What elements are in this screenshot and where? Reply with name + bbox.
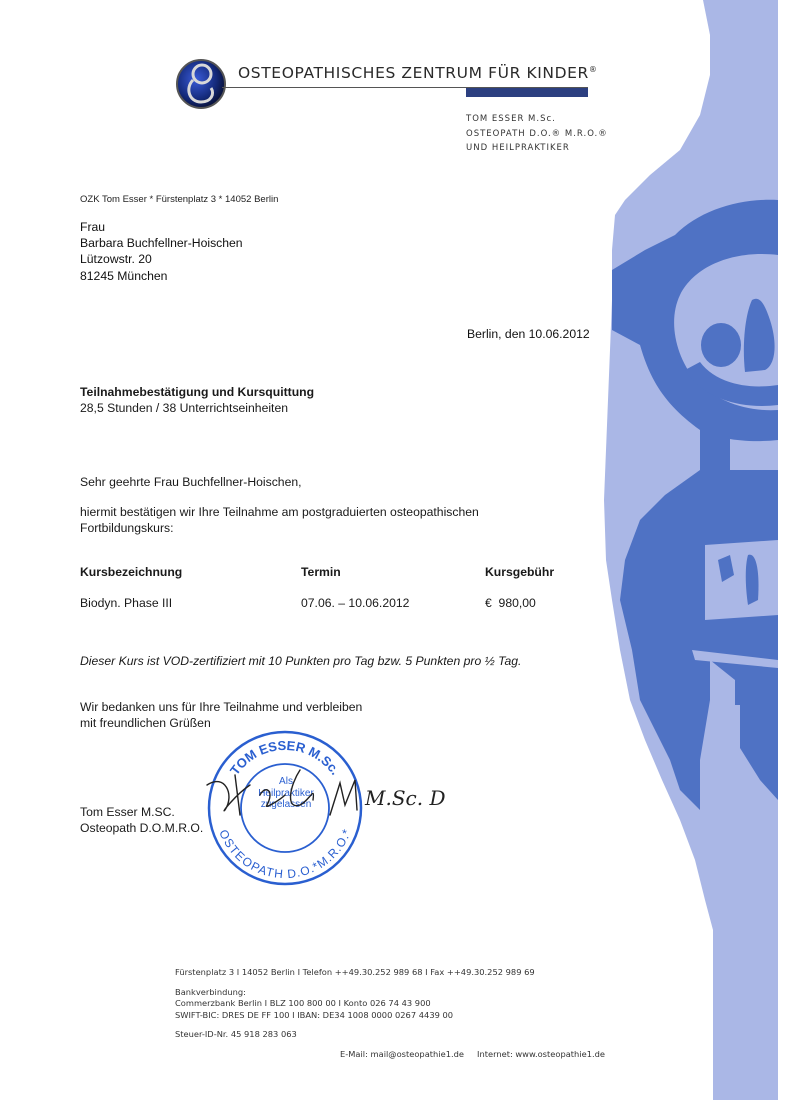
decorative-child-drawing <box>0 0 800 1100</box>
header-fee: Kursgebühr <box>485 565 554 579</box>
svg-text:OSTEOPATH D.O.*M.R.O.*: OSTEOPATH D.O.*M.R.O.* <box>216 827 354 881</box>
art-body-patch-2 <box>692 650 778 668</box>
footer-address: Fürstenplatz 3 I 14052 Berlin I Telefon … <box>175 967 535 979</box>
art-body-spot-1 <box>718 555 734 582</box>
art-body-patch-3 <box>710 705 740 770</box>
art-body <box>620 430 778 810</box>
osteopathy-logo-icon <box>175 58 227 110</box>
bank-label: Bankverbindung: <box>175 987 535 999</box>
closing: Wir bedanken uns für Ihre Teilnahme und … <box>80 700 362 731</box>
footer-email[interactable]: E-Mail: mail@osteopathie1.de <box>340 1049 464 1059</box>
bank-line-2: SWIFT-BIC: DRES DE FF 100 I IBAN: DE34 1… <box>175 1010 535 1022</box>
subject: Teilnahmebestätigung und Kursquittung 28… <box>80 385 314 416</box>
bank-line-1: Commerzbank Berlin I BLZ 100 800 00 I Ko… <box>175 998 535 1010</box>
header-date: Termin <box>301 565 341 579</box>
art-body-spot-2 <box>746 555 759 605</box>
art-head-ring <box>612 200 778 441</box>
footer-website[interactable]: Internet: www.osteopathie1.de <box>477 1049 605 1059</box>
subject-title: Teilnahmebestätigung und Kursquittung <box>80 385 314 399</box>
art-eye-left <box>701 323 741 367</box>
stamp-bottom-text: OSTEOPATH D.O.*M.R.O.* <box>216 827 354 881</box>
intro-paragraph: hiermit bestätigen wir Ihre Teilnahme am… <box>80 505 540 536</box>
art-background-shape <box>604 0 778 1100</box>
course-name: Biodyn. Phase III <box>80 596 172 610</box>
letter-date: Berlin, den 10.06.2012 <box>467 327 590 341</box>
footer: Fürstenplatz 3 I 14052 Berlin I Telefon … <box>175 967 535 1041</box>
header-course-name: Kursbezeichnung <box>80 565 182 579</box>
header-brand-bar <box>466 88 588 97</box>
art-eye-right <box>744 299 775 372</box>
certification-note: Dieser Kurs ist VOD-zertifiziert mit 10 … <box>80 654 521 668</box>
tax-id: Steuer-ID-Nr. 45 918 283 063 <box>175 1029 535 1041</box>
handwritten-signature: M.Sc. D.O. <box>205 765 445 825</box>
organization-name: OSTEOPATHISCHES ZENTRUM FÜR KINDER® <box>238 64 598 82</box>
sender-return-address: OZK Tom Esser * Fürstenplatz 3 * 14052 B… <box>80 194 278 205</box>
svg-text:M.Sc. D.O.: M.Sc. D.O. <box>364 786 445 810</box>
salutation: Sehr geehrte Frau Buchfellner-Hoischen, <box>80 475 302 489</box>
signer-block: Tom Esser M.SC. Osteopath D.O.M.R.O. <box>80 805 203 836</box>
subject-subtitle: 28,5 Stunden / 38 Unterrichtseinheiten <box>80 401 314 417</box>
course-date: 07.06. – 10.06.2012 <box>301 596 409 610</box>
art-body-patch-1 <box>705 540 778 620</box>
art-mouth <box>685 362 778 406</box>
course-fee: € 980,00 <box>485 596 536 610</box>
page-right-margin <box>778 0 800 1100</box>
recipient-address: Frau Barbara Buchfellner-Hoischen Lützow… <box>80 219 243 284</box>
practitioner-credentials: TOM ESSER M.Sc. OSTEOPATH D.O.® M.R.O.® … <box>466 112 608 156</box>
